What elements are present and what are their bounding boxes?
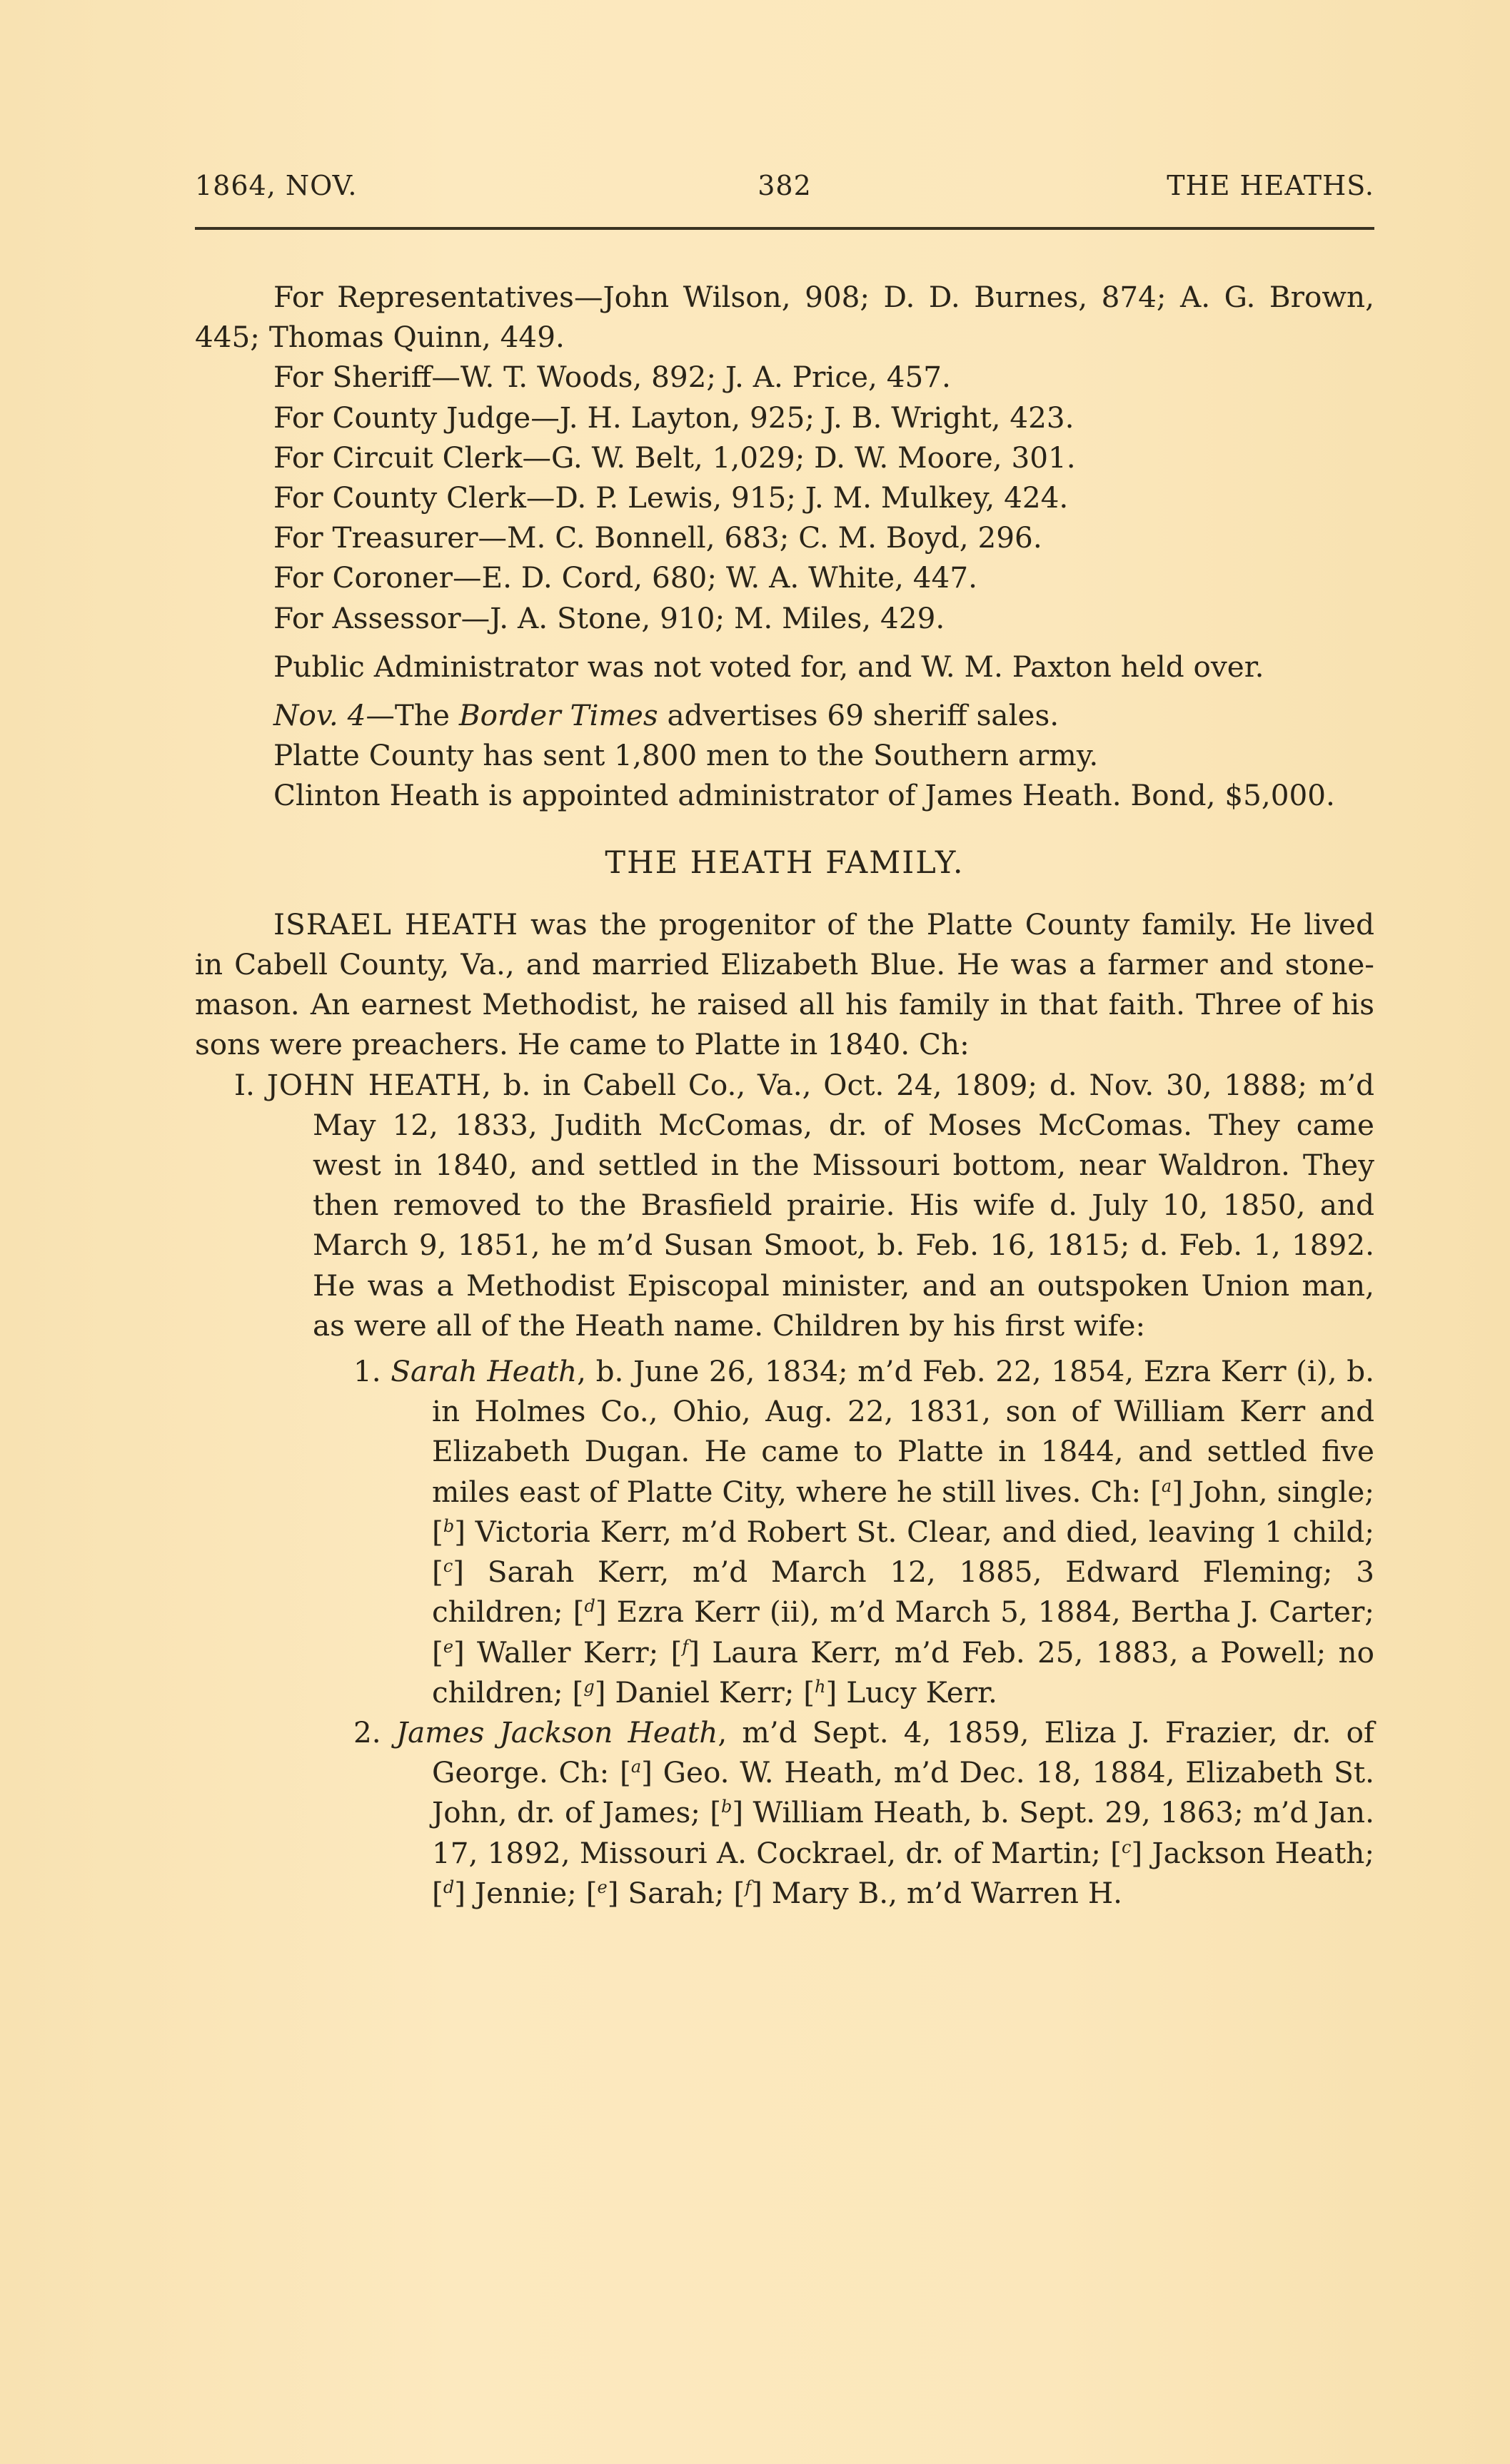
entry-number: 2. (353, 1715, 381, 1749)
israel-paragraph: ISRAEL HEATH was the progenitor of the P… (195, 904, 1374, 1065)
child-name: James Jackson Heath (396, 1715, 718, 1749)
date-label: Nov. 4 (273, 698, 366, 732)
election-result: For County Judge—J. H. Layton, 925; J. B… (195, 398, 1374, 438)
public-administrator-paragraph: Public Administrator was not voted for, … (195, 647, 1374, 687)
body-text: For Representatives—John Wilson, 908; D.… (195, 277, 1374, 1913)
election-result: For Circuit Clerk—G. W. Belt, 1,029; D. … (195, 438, 1374, 478)
nov4-paragraph: Nov. 4—The Border Times advertises 69 sh… (195, 695, 1374, 735)
child-name: Sarah Heath (391, 1354, 577, 1388)
child-entry-sarah: 1. Sarah Heath, b. June 26, 1834; m’d Fe… (195, 1351, 1374, 1712)
entry-numeral: I. (234, 1068, 255, 1102)
election-result: For Treasurer—M. C. Bonnell, 683; C. M. … (195, 517, 1374, 557)
child-entry-james-jackson: 2. James Jackson Heath, m’d Sept. 4, 185… (195, 1712, 1374, 1913)
election-result: For Assessor—J. A. Stone, 910; M. Miles,… (195, 598, 1374, 638)
section-heading: THE HEATH FAMILY. (195, 843, 1374, 883)
person-name: ISRAEL HEATH (273, 907, 518, 941)
entry-number: 1. (353, 1354, 381, 1388)
person-name: JOHN HEATH (267, 1068, 482, 1102)
newspaper-title: Border Times (459, 698, 658, 732)
election-result: For Representatives—John Wilson, 908; D.… (195, 277, 1374, 357)
john-heath-entry: I. JOHN HEATH, b. in Cabell Co., Va., Oc… (195, 1065, 1374, 1345)
election-result: For Coroner—E. D. Cord, 680; W. A. White… (195, 557, 1374, 597)
election-result: For County Clerk—D. P. Lewis, 915; J. M.… (195, 478, 1374, 517)
election-result: For Sheriff—W. T. Woods, 892; J. A. Pric… (195, 357, 1374, 397)
clinton-paragraph: Clinton Heath is appointed administrator… (195, 775, 1374, 815)
platte-army-paragraph: Platte County has sent 1,800 men to the … (195, 735, 1374, 775)
header-rule (195, 227, 1374, 230)
running-head: 1864, NOV. 382 THE HEATHS. (195, 170, 1374, 206)
running-head-title: THE HEATHS. (1167, 170, 1374, 201)
